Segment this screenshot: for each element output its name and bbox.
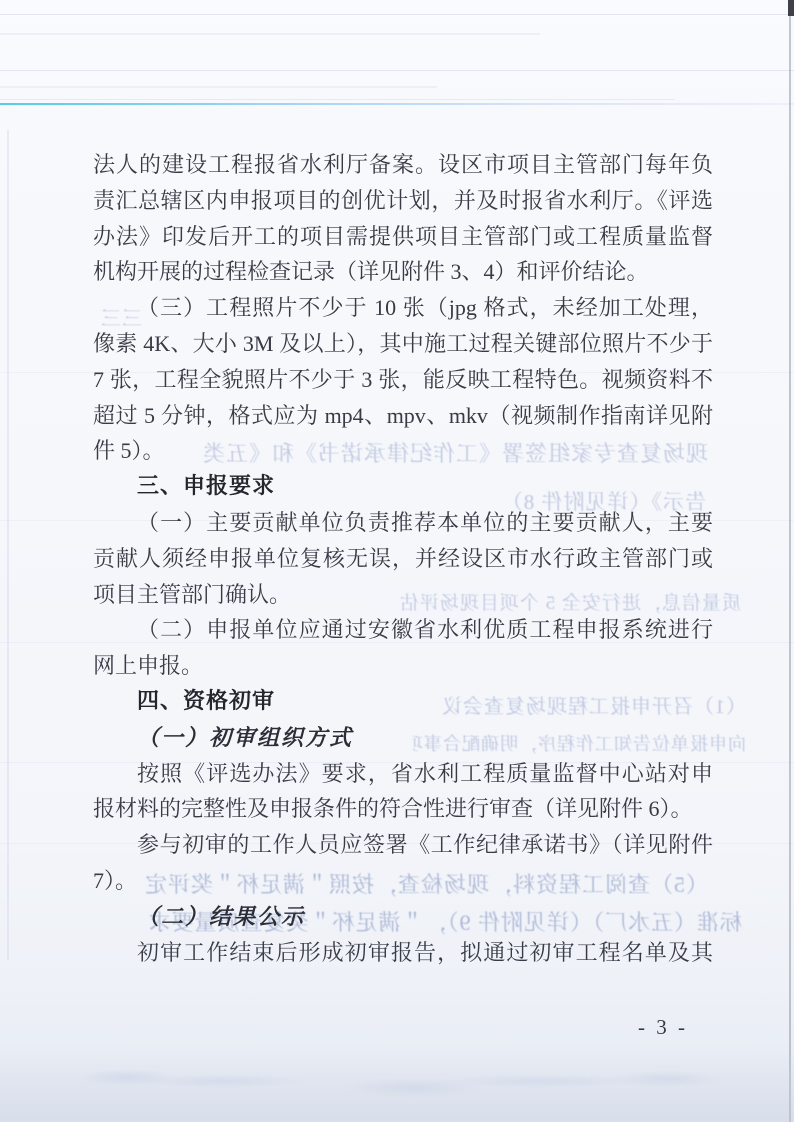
subsection-heading: （二）结果公示 <box>93 899 713 935</box>
document-line: 贡献人须经申报单位复核无误，并经设区市水行政主管部门或 <box>93 541 713 577</box>
section-heading: 四、资格初审 <box>93 684 713 720</box>
document-line: 7）。 <box>93 863 713 899</box>
document-line: 报材料的完整性及申报条件的符合性进行审查（详见附件 6）。 <box>93 791 713 827</box>
document-line: 责汇总辖区内申报项目的创优计划，并及时报省水利厅。《评选 <box>93 183 713 219</box>
document-line: 像素 4K、大小 3M 及以上），其中施工过程关键部位照片不少于 <box>93 326 713 362</box>
page-number: - 3 - <box>638 1015 688 1040</box>
document-line: （一）主要贡献单位负责推荐本单位的主要贡献人，主要 <box>93 505 713 541</box>
document-line: 网上申报。 <box>93 648 713 684</box>
document-line: 件 5）。 <box>93 433 713 469</box>
document-line: 机构开展的过程检查记录（详见附件 3、4）和评价结论。 <box>93 254 713 290</box>
scanned-document-page: 三三 现场复查专家组签署《工作纪律承诺书》和《五类 告示》（详见附件 8） 质量… <box>0 0 794 1122</box>
section-heading: 三、申报要求 <box>93 469 713 505</box>
document-line: （二）申报单位应通过安徽省水利优质工程申报系统进行 <box>93 612 713 648</box>
document-line: （三）工程照片不少于 10 张（jpg 格式，未经加工处理， <box>93 290 713 326</box>
document-line: 超过 5 分钟，格式应为 mp4、mpv、mkv（视频制作指南详见附 <box>93 398 713 434</box>
document-line: 7 张，工程全貌照片不少于 3 张，能反映工程特色。视频资料不 <box>93 362 713 398</box>
document-line: 参与初审的工作人员应签署《工作纪律承诺书》（详见附件 <box>93 827 713 863</box>
document-line: 按照《评选办法》要求，省水利工程质量监督中心站对申 <box>93 756 713 792</box>
document-line: 初审工作结束后形成初审报告，拟通过初审工程名单及其 <box>93 935 713 971</box>
document-body: 法人的建设工程报省水利厅备案。设区市项目主管部门每年负 责汇总辖区内申报项目的创… <box>93 147 713 970</box>
subsection-heading: （一）初审组织方式 <box>93 720 713 756</box>
document-line: 项目主管部门确认。 <box>93 577 713 613</box>
document-line: 法人的建设工程报省水利厅备案。设区市项目主管部门每年负 <box>93 147 713 183</box>
document-line: 办法》印发后开工的项目需提供项目主管部门或工程质量监督 <box>93 219 713 255</box>
